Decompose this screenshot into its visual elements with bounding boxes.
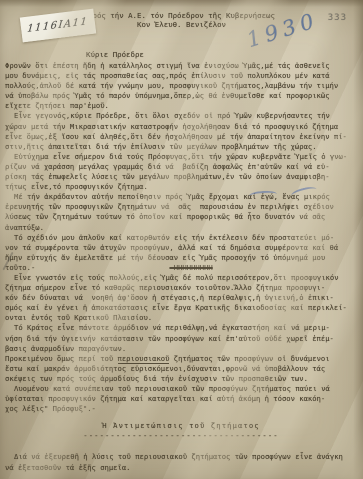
typed-line: Μέ τήν ἀκράδαντον αὐτήν πεποίθησιν πρός … (5, 192, 357, 202)
typed-text: Φρονῶν ὅτι ἐπέστη ἤδη ἡ κατάλληλος στιγμ… (5, 61, 330, 70)
typed-line: ἐρευνητής τῶν προσφυγικῶν ζητημάτων νά σ… (5, 202, 357, 212)
typed-line: εἶνε ὅμως,ἐξ ἴσου καί ἀληθές,ὅτι δέν ἠσχ… (5, 132, 357, 142)
typed-text: ρίζων νά χαράσση μεγάλας γραμμάς διά νά … (5, 162, 330, 171)
paragraph: Λυομένου κατά συνέπειαν τοῦ περιουσιακοῦ… (5, 384, 357, 414)
typed-line: Διά νά ἐξευρεθῆ ἡ λύσις τοῦ περιουσιακοῦ… (5, 452, 357, 462)
typed-text: ἔστω καί μακράν ἁρμοδιότητος εὑρισκόμενο… (5, 364, 325, 373)
typed-text: βασις ἀναρμοδίων παραγόντων. (5, 344, 126, 353)
typed-text: νά ἐξετασθοῦν τά ἑξῆς σημεῖα. (5, 463, 131, 472)
page-number: 333 (328, 13, 347, 23)
typed-text: νά ὑποβάλω πρός Ὑμᾶς τό παρόν ὑπόμνημα,ὅ… (5, 91, 330, 100)
typed-line: τήτως εἶνε,τό προσφυγικόν ζήτημα. (5, 182, 357, 192)
typed-line: σμός καί ἐν γένει ἡ ἀποκατάστασις εἶνε ἔ… (5, 303, 357, 313)
typed-text: ἀναπτύξω. (5, 223, 44, 232)
typed-text: στιν,ἥτις ἀπαιτεῖται διά τήν ἐπίλυσιν τῶ… (5, 142, 317, 151)
paragraph: Μέ τήν ἀκράδαντον αὐτήν πεποίθησιν πρός … (5, 192, 357, 232)
typed-text: σκέψεις των πρός τούς ἁρμοδίους διά τήν … (5, 374, 308, 383)
typed-line: σκέψεις των πρός τούς ἁρμοδίους διά τήν … (5, 374, 357, 384)
paragraph: Εἶνε γνωστόν εἰς τούς πολλούς,εἰς Ὑμᾶς δ… (5, 273, 357, 323)
typed-line: ------------------------------------ (5, 431, 357, 441)
struck-out-text: -ΗΗΗΗΗΗΗΗΗ (169, 263, 212, 272)
typed-line: ὑφίσταται προσφυγικόν ζήτημα καί καταργε… (5, 394, 357, 404)
paper-edge-shadow-top (0, 0, 363, 7)
paragraph: Προκειμένου ὅμως περί τοῦ περιουσιακοῦ ζ… (5, 354, 357, 384)
paragraph: Φρονῶν ὅτι ἐπέστη ἤδη ἡ κατάλληλος στιγμ… (5, 61, 357, 111)
archive-label-text: 1116ΙΑ11 (27, 16, 89, 35)
typed-text: ρίσκη τάς ἐπωφελεῖς λύσεις τῶν μεγάλων π… (5, 172, 330, 181)
typed-text: λύσεως τῶν ζητημάτων τούτων τό ὁποῖον κα… (5, 212, 325, 221)
typed-text: Προκειμένου ὅμως περί τοῦ (5, 354, 118, 363)
paragraph: Διά νά ἐξευρεθῆ ἡ λύσις τοῦ περιουσιακοῦ… (5, 452, 357, 472)
typed-line: πολλούς,ἁπλοῦ δέ κατά τήν γνώμην μου, πρ… (5, 81, 357, 91)
typed-text: Λυομένου κατά συνέπειαν τοῦ περιουσιακοῦ… (14, 384, 330, 393)
typed-line: εἴχετε ζητήσει παρ'ἐμοῦ. (5, 101, 357, 111)
typed-line: ἔστω καί μακράν ἁρμοδιότητος εὑρισκόμενο… (5, 364, 357, 374)
typed-line: λύσεως τῶν ζητημάτων τούτων τό ὁποῖον κα… (5, 212, 357, 222)
typed-line: νά ἐξετασθοῦν τά ἑξῆς σημεῖα. (5, 463, 357, 473)
paragraph: Τό Κράτος εἶνε πάντοτε ἁρμόδιον νά περιθ… (5, 323, 357, 353)
typed-line: ἀναπτύξω. (5, 223, 357, 233)
typed-line: στιν,ἥτις ἀπαιτεῖται διά τήν ἐπίλυσιν τῶ… (5, 142, 357, 152)
typed-line: νήση διά τήν ὑγιεινήν κατάστασιν τῶν προ… (5, 334, 357, 344)
typed-line: Ἡ Ἀντιμετώπισις τοῦ ζητήματος (5, 421, 357, 431)
typed-line: ονται ἐντός τοῦ Κρατικοῦ Πλαισίου. (5, 313, 357, 323)
typed-line: νον τά συμφέροντα τῶν ἀτυχῶν προσφύγων, … (5, 243, 357, 253)
typed-text: Εἶνε γνωστόν εἰς τούς πολλούς,εἰς Ὑμᾶς δ… (14, 273, 339, 282)
typed-line: κόν δέν δύναται νά νοηθή ἀφ'ὅσον ἡ στέγα… (5, 293, 357, 303)
typed-text: μου δυνάμεις, εἰς τάς προσπαθείας σας,πρ… (5, 71, 330, 80)
underlined-word: περιουσιακοῦ (118, 354, 170, 364)
typed-text: ζήτημα σήμερον εἶνε τό καθαρῶς περιουσια… (5, 283, 325, 292)
typed-line: ἤμην εὐτυχής ἄν ἐμελετᾶτε μέ τήν δέουσαν… (5, 253, 357, 263)
typed-line: Εἶνε γεγονός,κύριε Πρόεδρε, ὅτι ὅλοι σχε… (5, 111, 357, 121)
typed-text: χος λέξις" Πρόσφυξ".- (5, 404, 96, 413)
paragraph: Εἶνε γεγονός,κύριε Πρόεδρε, ὅτι ὅλοι σχε… (5, 111, 357, 151)
typed-text: εἴχετε ζητήσει παρ'ἐμοῦ. (5, 101, 109, 110)
typed-text: Ἡ Ἀντιμετώπισις τοῦ ζητήματος (102, 421, 259, 430)
paragraph: Εὐτύχημα εἶνε σήμερον διά τούς Πρόσφυγας… (5, 152, 357, 192)
typed-line: ζήτημα σήμερον εἶνε τό καθαρῶς περιουσια… (5, 283, 357, 293)
typed-text: Εἶνε γεγονός,κύριε Πρόεδρε, ὅτι ὅλοι σχε… (14, 111, 330, 120)
document-sheet: 1116ΙΑ11 Πρός τήν Α.Ε. τόν Πρόεδρον τῆς … (0, 0, 363, 479)
typed-text: Εὐτύχημα εἶνε σήμερον διά τούς Πρόσφυγας… (14, 152, 347, 161)
typed-line: ρίζων νά χαράσση μεγάλας γραμμάς διά νά … (5, 162, 357, 172)
typed-text: σμός καί ἐν γένει ἡ ἀποκατάστασις εἶνε ἔ… (5, 303, 347, 312)
typed-text: χώραν μετά τήν Μικρασιατικήν καταστροφήν… (5, 122, 338, 131)
typed-text: Διά νά ἐξευρεθῆ ἡ λύσις τοῦ περιουσιακοῦ… (14, 452, 343, 461)
typed-line: Εὐτύχημα εἶνε σήμερον διά τούς Πρόσφυγας… (5, 152, 357, 162)
section-heading: Ἡ Ἀντιμετώπισις τοῦ ζητήματος-----------… (5, 421, 357, 441)
typed-line: μου δυνάμεις, εἰς τάς προσπαθείας σας,πρ… (5, 71, 357, 81)
typed-text: πολλούς,ἁπλοῦ δέ κατά τήν γνώμην μου, πρ… (5, 81, 338, 90)
typed-line: Τό σχέδιόν μου ἁπλοῦν καί κατορθωτόν εἰς… (5, 233, 357, 243)
typed-text: εἶνε ὅμως,ἐξ ἴσου καί ἀληθές,ὅτι δέν ἠσχ… (5, 132, 347, 141)
typed-text: Τό Κράτος εἶνε πάντοτε ἁρμόδιον νά περιθ… (14, 323, 330, 332)
typed-text: Τό σχέδιόν μου ἁπλοῦν καί κατορθωτόν εἰς… (14, 233, 334, 242)
typed-text: ἐρευνητής τῶν προσφυγικῶν ζητημάτων νά σ… (5, 202, 334, 211)
typed-text: τοῦτο.- (5, 263, 35, 272)
typed-line: χώραν μετά τήν Μικρασιατικήν καταστροφήν… (5, 122, 357, 132)
typed-line: Φρονῶν ὅτι ἐπέστη ἤδη ἡ κατάλληλος στιγμ… (5, 61, 357, 71)
typed-text: ζητήματος τῶν προσφύγων οἱ δυνάμενοι (169, 354, 329, 363)
salutation: Κύριε Πρόεδρε (86, 50, 144, 59)
typed-text: ὑφίσταται προσφυγικόν ζήτημα καί καταργε… (5, 394, 325, 403)
typed-line: Λυομένου κατά συνέπειαν τοῦ περιουσιακοῦ… (5, 384, 357, 394)
typed-text: ἤμην εὐτυχής ἄν ἐμελετᾶτε μέ τήν δέουσαν… (5, 253, 325, 262)
typed-text: Μέ τήν ἀκράδαντον αὐτήν πεποίθησιν πρός … (14, 192, 330, 201)
typed-line: τοῦτο.- -ΗΗΗΗΗΗΗΗΗ (5, 263, 357, 273)
typed-line: ρίσκη τάς ἐπωφελεῖς λύσεις τῶν μεγάλων π… (5, 172, 357, 182)
typed-text (35, 263, 169, 272)
typed-body: Φρονῶν ὅτι ἐπέστη ἤδη ἡ κατάλληλος στιγμ… (5, 61, 357, 473)
typed-text: νον τά συμφέροντα τῶν ἀτυχῶν προσφύγων, … (5, 243, 338, 252)
typed-text: τήτως εἶνε,τό προσφυγικόν ζήτημα. (5, 182, 148, 191)
typed-text: ------------------------------------ (83, 431, 278, 440)
typed-line: νά ὑποβάλω πρός Ὑμᾶς τό παρόν ὑπόμνημα,ὅ… (5, 91, 357, 101)
typed-text: ονται ἐντός τοῦ Κρατικοῦ Πλαισίου. (5, 313, 152, 322)
typed-line: Εἶνε γνωστόν εἰς τούς πολλούς,εἰς Ὑμᾶς δ… (5, 273, 357, 283)
typed-line: βασις ἀναρμοδίων παραγόντων. (5, 344, 357, 354)
typed-line: Τό Κράτος εἶνε πάντοτε ἁρμόδιον νά περιθ… (5, 323, 357, 333)
typed-text: κόν δέν δύναται νά νοηθή ἀφ'ὅσον ἡ στέγα… (5, 293, 334, 302)
typed-line: χος λέξις" Πρόσφυξ".- (5, 404, 357, 414)
paragraph: Τό σχέδιόν μου ἁπλοῦν καί κατορθωτόν εἰς… (5, 233, 357, 273)
typed-line: Προκειμένου ὅμως περί τοῦ περιουσιακοῦ ζ… (5, 354, 357, 364)
typed-text: νήση διά τήν ὑγιεινήν κατάστασιν τῶν προ… (5, 334, 334, 343)
